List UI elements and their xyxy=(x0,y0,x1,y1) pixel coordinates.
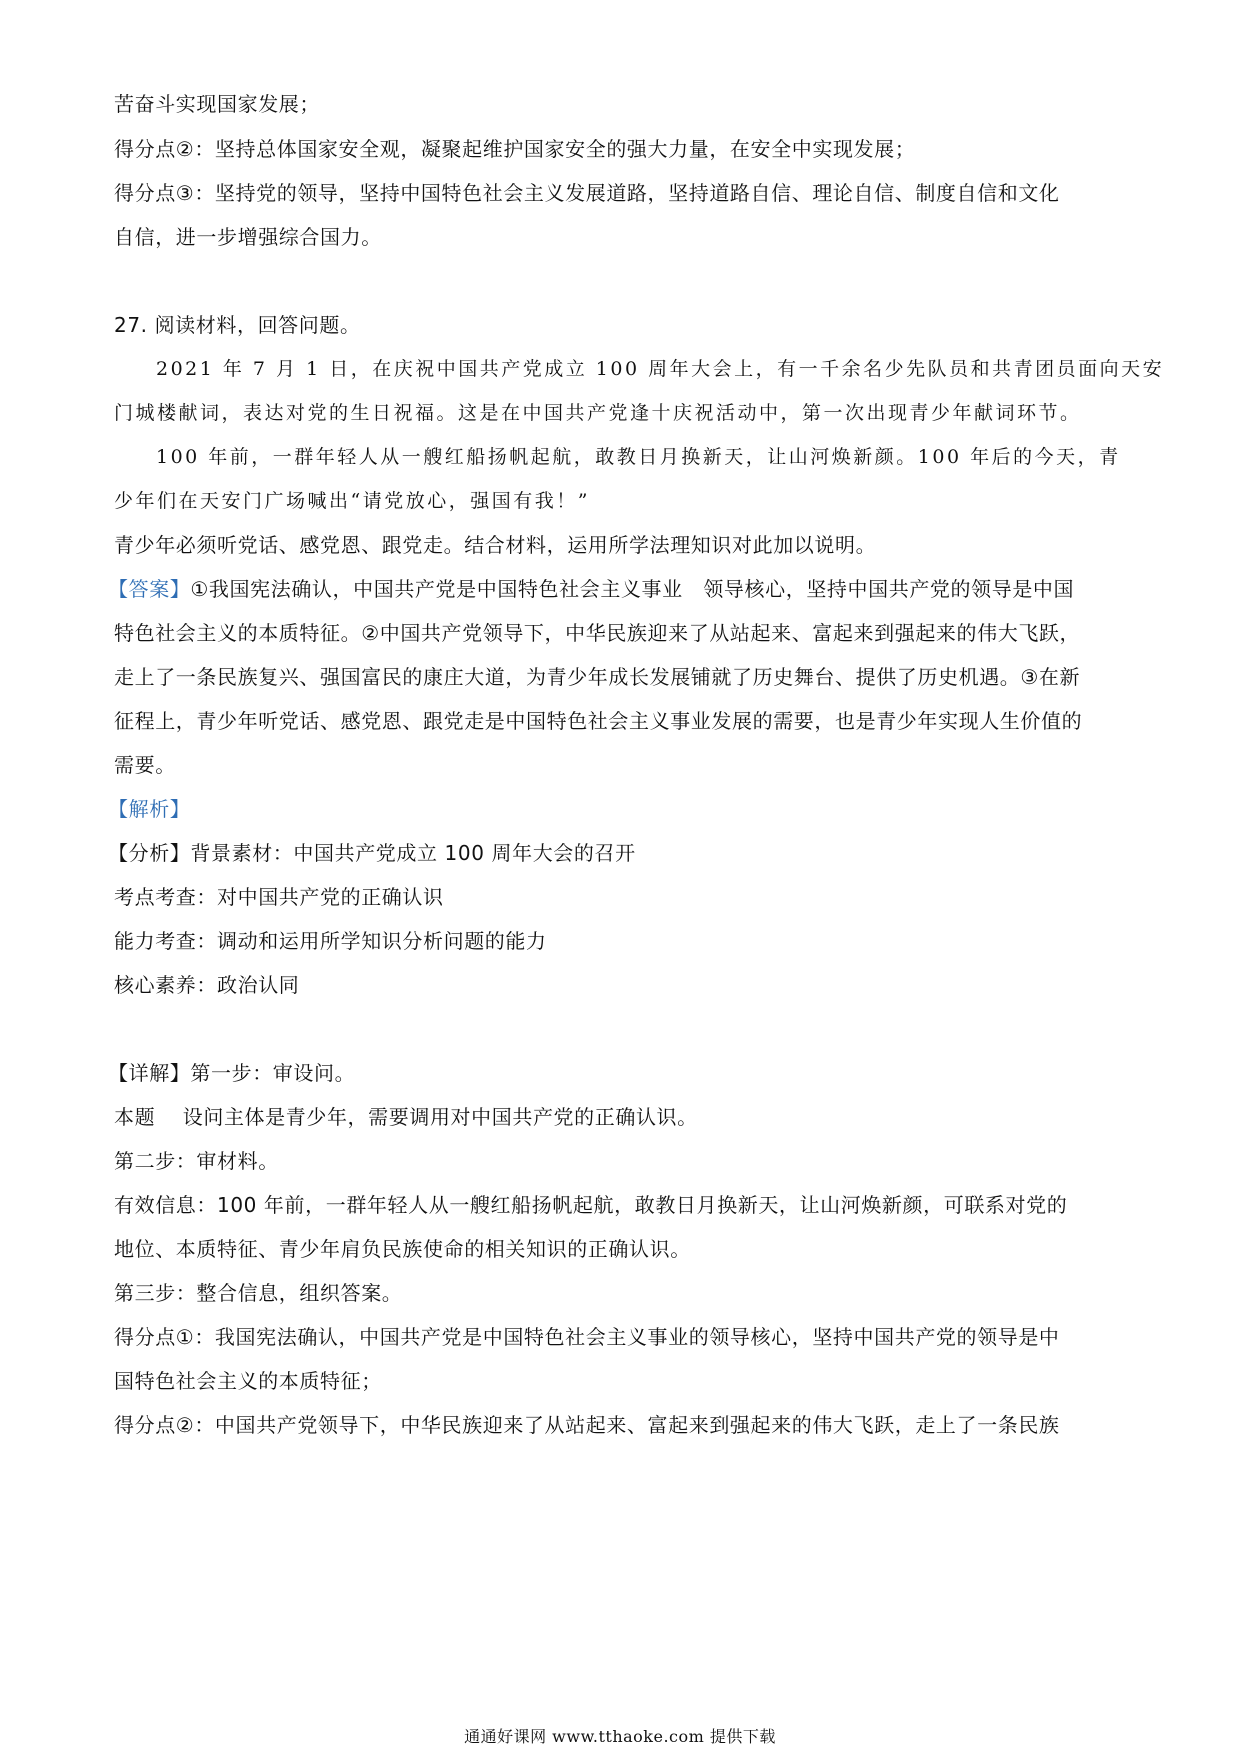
detail-step-3: 第三步：整合信息，组织答案。 xyxy=(114,1279,402,1307)
detail-score-point-2: 得分点②：中国共产党领导下，中华民族迎来了从站起来、富起来到强起来的伟大飞跃，走… xyxy=(114,1411,1060,1439)
answer-text: ①我国宪法确认，中国共产党是中国特色社会主义事业 领导核心，坚持中国共产党的领导… xyxy=(190,577,1074,601)
question-title: 27. 阅读材料，回答问题。 xyxy=(114,311,361,339)
document-page: 苦奋斗实现国家发展； 得分点②：坚持总体国家安全观，凝聚起维护国家安全的强大力量… xyxy=(0,0,1240,1754)
detail-effective-info-continued: 地位、本质特征、青少年肩负民族使命的相关知识的正确认识。 xyxy=(114,1235,691,1263)
material-paragraph-1: 2021 年 7 月 1 日，在庆祝中国共产党成立 100 周年大会上，有一千余… xyxy=(156,355,1164,383)
detail-effective-info: 有效信息：100 年前，一群年轻人从一艘红船扬帆起航，敢教日月换新天，让山河焕新… xyxy=(114,1191,1067,1219)
analysis-test-point: 考点考查：对中国共产党的正确认识 xyxy=(114,883,444,911)
question-prompt: 青少年必须听党话、感党恩、跟党走。结合材料，运用所学法理知识对此加以说明。 xyxy=(114,531,876,559)
detail-score-point-1: 得分点①：我国宪法确认，中国共产党是中国特色社会主义事业的领导核心，坚持中国共产… xyxy=(114,1323,1060,1351)
detail-question-subject: 本题 设问主体是青少年，需要调用对中国共产党的正确认识。 xyxy=(114,1103,698,1131)
footer-watermark: 通通好课网 www.tthaoke.com 提供下载 xyxy=(0,1724,1240,1747)
continuation-line: 苦奋斗实现国家发展； xyxy=(114,90,320,118)
detail-score-point-1-continued: 国特色社会主义的本质特征； xyxy=(114,1367,382,1395)
material-paragraph-2-continued: 少年们在天安门广场喊出“请党放心，强国有我！” xyxy=(114,487,590,515)
score-point-3: 得分点③：坚持党的领导，坚持中国特色社会主义发展道路，坚持道路自信、理论自信、制… xyxy=(114,179,1060,207)
answer-line-5: 需要。 xyxy=(114,751,176,779)
score-point-2: 得分点②：坚持总体国家安全观，凝聚起维护国家安全的强大力量，在安全中实现发展； xyxy=(114,135,915,163)
material-paragraph-2: 100 年前，一群年轻人从一艘红船扬帆起航，敢教日月换新天，让山河焕新颜。100… xyxy=(156,443,1121,471)
answer-line-1: 【答案】①我国宪法确认，中国共产党是中国特色社会主义事业 领导核心，坚持中国共产… xyxy=(108,575,1074,603)
score-point-3-continued: 自信，进一步增强综合国力。 xyxy=(114,223,382,251)
analysis-ability: 能力考查：调动和运用所学知识分析问题的能力 xyxy=(114,927,547,955)
analysis-core-literacy: 核心素养：政治认同 xyxy=(114,971,299,999)
answer-line-4: 征程上，青少年听党话、感党恩、跟党走是中国特色社会主义事业发展的需要，也是青少年… xyxy=(114,707,1082,735)
detail-step-1: 【详解】第一步：审设问。 xyxy=(108,1059,355,1087)
answer-line-2: 特色社会主义的本质特征。②中国共产党领导下，中华民族迎来了从站起来、富起来到强起… xyxy=(114,619,1080,647)
analysis-label: 【解析】 xyxy=(108,795,190,823)
answer-line-3: 走上了一条民族复兴、强国富民的康庄大道，为青少年成长发展铺就了历史舞台、提供了历… xyxy=(114,663,1080,691)
analysis-background: 【分析】背景素材：中国共产党成立 100 周年大会的召开 xyxy=(108,839,636,867)
material-paragraph-1-continued: 门城楼献词，表达对党的生日祝福。这是在中国共产党逢十庆祝活动中，第一次出现青少年… xyxy=(114,399,1082,427)
answer-label: 【答案】 xyxy=(108,577,190,601)
detail-step-2: 第二步：审材料。 xyxy=(114,1147,279,1175)
